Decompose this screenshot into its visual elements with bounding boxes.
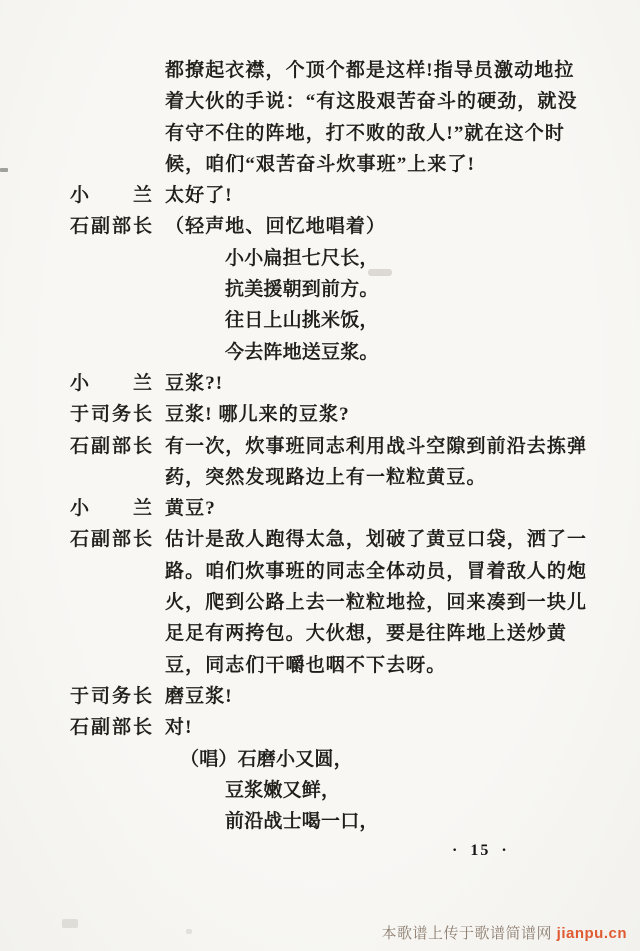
line-text: 着大伙的手说：“有这股艰苦奋斗的硬劲，就没 <box>165 86 578 117</box>
script-line: （唱）石磨小又圆， <box>70 744 610 775</box>
line-text: 前沿战士喝一口， <box>225 806 379 837</box>
line-text: 豆浆! 哪儿来的豆浆? <box>165 399 350 430</box>
script-line: 小 兰太好了! <box>70 180 610 211</box>
speaker-label: 石副部长 <box>70 211 154 242</box>
speaker-label: 石副部长 <box>70 524 154 555</box>
line-text: （唱）石磨小又圆， <box>180 744 353 775</box>
script-line: 豆，同志们干嚼也咽不下去呀。 <box>70 650 610 681</box>
line-text: 今去阵地送豆浆。 <box>225 337 379 368</box>
line-text: 小小扁担七尺长， <box>225 243 379 274</box>
line-text: 豆浆?! <box>165 368 223 399</box>
scan-noise-speck <box>0 168 8 172</box>
script-line: 石副部长有一次，炊事班同志利用战斗空隙到前沿去拣弹 <box>70 431 610 462</box>
line-text: 路。咱们炊事班的同志全体动员，冒着敌人的炮 <box>165 556 587 587</box>
script-line: 石副部长对! <box>70 712 610 743</box>
script-line: 小小扁担七尺长， <box>70 243 610 274</box>
speaker-label: 小 兰 <box>70 368 154 399</box>
script-line: 抗美援朝到前方。 <box>70 274 610 305</box>
scanned-page: 都撩起衣襟，个顶个都是这样!指导员激动地拉着大伙的手说：“有这股艰苦奋斗的硬劲，… <box>0 0 640 951</box>
line-text: 估计是敌人跑得太急，划破了黄豆口袋，洒了一 <box>165 524 587 555</box>
speaker-label: 小 兰 <box>70 180 154 211</box>
speaker-label: 石副部长 <box>70 712 154 743</box>
line-text: 有一次，炊事班同志利用战斗空隙到前沿去拣弹 <box>165 431 587 462</box>
line-text: 豆浆嫩又鲜， <box>225 775 340 806</box>
line-text: 黄豆? <box>165 493 216 524</box>
line-text: 抗美援朝到前方。 <box>225 274 379 305</box>
script-line: 往日上山挑米饭， <box>70 305 610 336</box>
script-line: 路。咱们炊事班的同志全体动员，冒着敌人的炮 <box>70 556 610 587</box>
line-text: 药，突然发现路边上有一粒粒黄豆。 <box>165 462 487 493</box>
line-text: 候，咱们“艰苦奋斗炊事班”上来了! <box>165 149 475 180</box>
line-text: 足足有两挎包。大伙想，要是往阵地上送炒黄 <box>165 618 567 649</box>
speaker-label: 于司务长 <box>70 399 154 430</box>
script-line: 于司务长豆浆! 哪儿来的豆浆? <box>70 399 610 430</box>
speaker-label: 石副部长 <box>70 431 154 462</box>
script-line: 火，爬到公路上去一粒粒地捡，回来凑到一块儿 <box>70 587 610 618</box>
speaker-label: 小 兰 <box>70 493 154 524</box>
script-line: 药，突然发现路边上有一粒粒黄豆。 <box>70 462 610 493</box>
script-line: 石副部长估计是敌人跑得太急，划破了黄豆口袋，洒了一 <box>70 524 610 555</box>
script-text-block: 都撩起衣襟，个顶个都是这样!指导员激动地拉着大伙的手说：“有这股艰苦奋斗的硬劲，… <box>70 55 610 837</box>
scan-noise-speck <box>186 929 192 934</box>
script-line: 候，咱们“艰苦奋斗炊事班”上来了! <box>70 149 610 180</box>
line-text: （轻声地、回忆地唱着） <box>165 211 386 242</box>
line-text: 火，爬到公路上去一粒粒地捡，回来凑到一块儿 <box>165 587 587 618</box>
line-text: 有守不住的阵地，打不败的敌人!”就在这个时 <box>165 118 565 149</box>
line-text: 往日上山挑米饭， <box>225 305 379 336</box>
script-line: 小 兰豆浆?! <box>70 368 610 399</box>
script-line: 前沿战士喝一口， <box>70 806 610 837</box>
script-line: 小 兰黄豆? <box>70 493 610 524</box>
watermark-site-name: jianpu.cn <box>557 925 627 942</box>
script-line: 着大伙的手说：“有这股艰苦奋斗的硬劲，就没 <box>70 86 610 117</box>
script-line: 于司务长磨豆浆! <box>70 681 610 712</box>
script-line: 有守不住的阵地，打不败的敌人!”就在这个时 <box>70 118 610 149</box>
script-line: 石副部长（轻声地、回忆地唱着） <box>70 211 610 242</box>
watermark-text: 本歌谱上传于歌谱简谱网 <box>381 925 556 942</box>
script-line: 豆浆嫩又鲜， <box>70 775 610 806</box>
script-line: 都撩起衣襟，个顶个都是这样!指导员激动地拉 <box>70 55 610 86</box>
line-text: 磨豆浆! <box>165 681 233 712</box>
scan-noise-speck <box>62 919 78 928</box>
watermark: 本歌谱上传于歌谱简谱网 jianpu.cn <box>381 922 627 943</box>
script-line: 今去阵地送豆浆。 <box>70 337 610 368</box>
line-text: 对! <box>165 712 193 743</box>
line-text: 都撩起衣襟，个顶个都是这样!指导员激动地拉 <box>165 55 574 86</box>
line-text: 豆，同志们干嚼也咽不下去呀。 <box>165 650 446 681</box>
line-text: 太好了! <box>165 180 233 211</box>
speaker-label: 于司务长 <box>70 681 154 712</box>
script-line: 足足有两挎包。大伙想，要是往阵地上送炒黄 <box>70 618 610 649</box>
page-number: · 15 · <box>452 842 509 860</box>
